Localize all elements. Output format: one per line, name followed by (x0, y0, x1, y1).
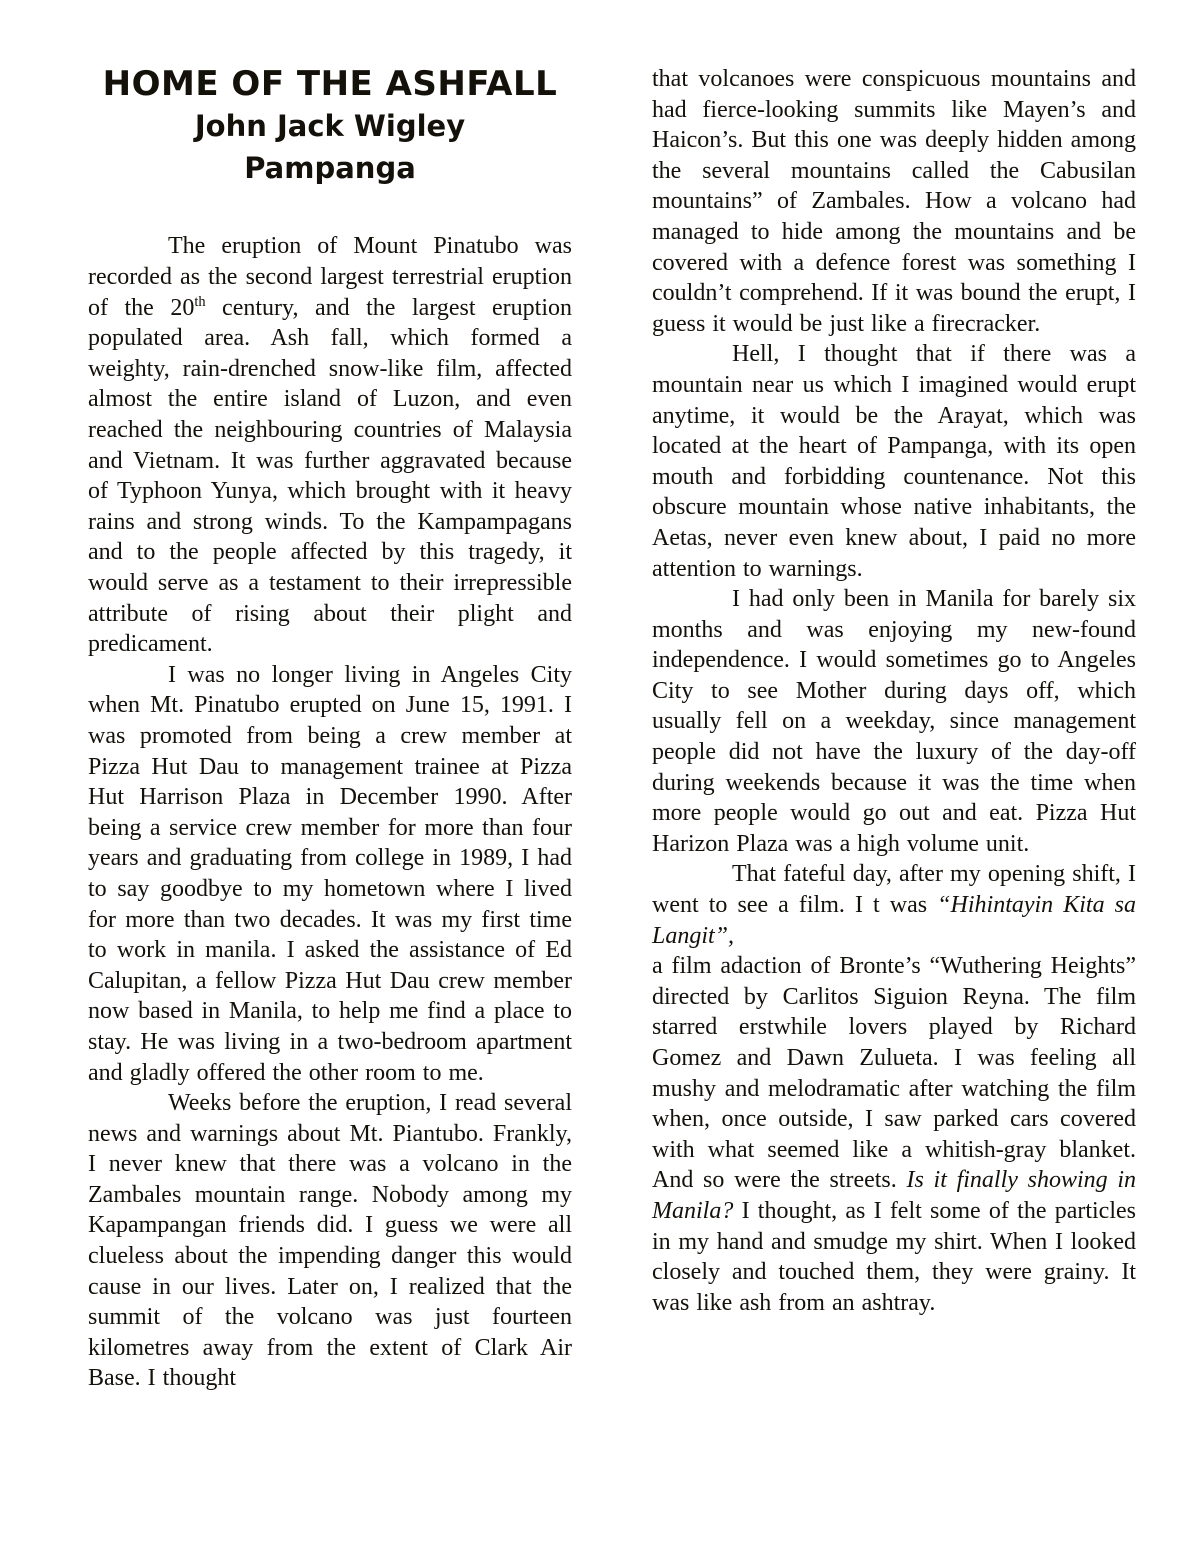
text-run: I was no longer living in Angeles City w… (88, 662, 572, 1086)
paragraph: that volcanoes were conspicuous mountain… (652, 64, 1136, 339)
essay-place: Pampanga (88, 150, 572, 188)
right-column-text: that volcanoes were conspicuous mountain… (652, 64, 1136, 1318)
paragraph: Hell, I thought that if there was a moun… (652, 339, 1136, 584)
text-run: a film adaction of Bronte’s “Wuthering H… (652, 953, 1136, 1193)
paragraph: Weeks before the eruption, I read severa… (88, 1088, 572, 1394)
document-page: HOME OF THE ASHFALL John Jack Wigley Pam… (0, 0, 1200, 1553)
superscript-run: th (194, 294, 205, 310)
paragraph: The eruption of Mount Pinatubo was recor… (88, 231, 572, 659)
text-run: Weeks before the eruption, I read severa… (88, 1090, 572, 1391)
two-column-layout: HOME OF THE ASHFALL John Jack Wigley Pam… (88, 64, 1200, 1394)
essay-title: HOME OF THE ASHFALL (88, 64, 572, 104)
text-run: I had only been in Manila for barely six… (652, 586, 1136, 857)
paragraph: That fateful day, after my opening shift… (652, 859, 1136, 1318)
left-column: HOME OF THE ASHFALL John Jack Wigley Pam… (88, 64, 572, 1394)
text-run: that volcanoes were conspicuous mountain… (652, 66, 1136, 337)
left-column-text: The eruption of Mount Pinatubo was recor… (88, 231, 572, 1394)
paragraph: I was no longer living in Angeles City w… (88, 660, 572, 1088)
paragraph: I had only been in Manila for barely six… (652, 584, 1136, 859)
essay-author: John Jack Wigley (88, 108, 572, 146)
text-run: century, and the largest eruption popula… (88, 295, 572, 658)
right-column: that volcanoes were conspicuous mountain… (652, 64, 1136, 1318)
essay-header: HOME OF THE ASHFALL John Jack Wigley Pam… (88, 64, 572, 187)
text-run: Hell, I thought that if there was a moun… (652, 341, 1136, 581)
